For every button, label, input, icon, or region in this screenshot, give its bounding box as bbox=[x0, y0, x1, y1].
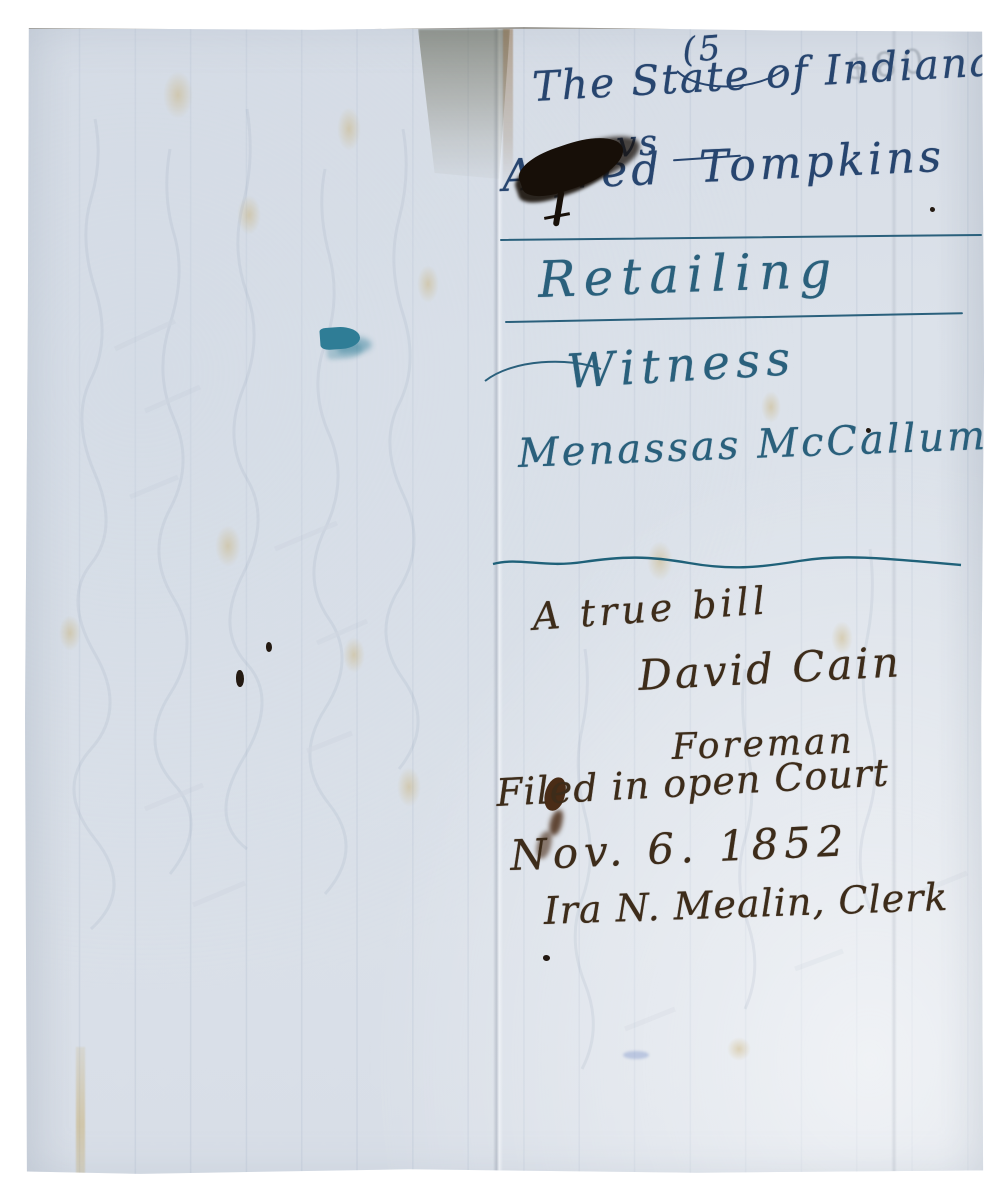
defendant-last-name: Tompkins bbox=[698, 131, 946, 193]
foreman-signature: David Cain bbox=[637, 637, 903, 700]
stain-streak bbox=[76, 1047, 85, 1175]
charge-line: Retailing bbox=[537, 240, 840, 308]
witness-name: Menassas McCallum bbox=[517, 413, 989, 477]
blue-ink-smudge bbox=[623, 1051, 649, 1059]
ink-speck bbox=[266, 642, 272, 652]
foxing-spot bbox=[215, 525, 241, 567]
foxing-spot bbox=[397, 767, 421, 807]
foxing-spot bbox=[727, 1037, 751, 1061]
foxing-spot bbox=[59, 615, 81, 651]
ink-speck bbox=[543, 955, 550, 961]
tape-residue-stain bbox=[418, 29, 510, 179]
witness-label: Witness bbox=[565, 331, 798, 400]
foxing-spot bbox=[237, 195, 261, 235]
foxing-spot bbox=[343, 637, 365, 673]
clerk-signature: Ira N. Mealin, Clerk bbox=[543, 875, 949, 933]
filed-date: Nov. 6. 1852 bbox=[509, 816, 851, 880]
foxing-spot bbox=[337, 107, 361, 151]
right-fold-crease bbox=[891, 29, 897, 1175]
ink-speck bbox=[930, 207, 935, 212]
plaintiff-line: The State of Indiana bbox=[531, 37, 997, 111]
scan-background: { "annotations": { "pencil_note": "$80",… bbox=[0, 0, 1004, 1200]
center-fold-crease bbox=[493, 29, 503, 1175]
teal-ink-blot bbox=[319, 326, 360, 351]
wavy-divider-line bbox=[491, 553, 965, 573]
ruled-divider-line bbox=[500, 234, 982, 241]
ink-speck bbox=[236, 670, 244, 687]
defendant-line: Alfred Tompkins bbox=[501, 131, 946, 202]
foxing-spot bbox=[761, 391, 781, 423]
document-paper: $80 (5 The State of Indiana vs Alfred To… bbox=[25, 27, 985, 1175]
foxing-spot bbox=[163, 71, 193, 119]
true-bill-line: A true bill bbox=[531, 578, 770, 638]
filed-line: Filed in open Court bbox=[495, 750, 890, 815]
foxing-spot bbox=[417, 265, 439, 303]
